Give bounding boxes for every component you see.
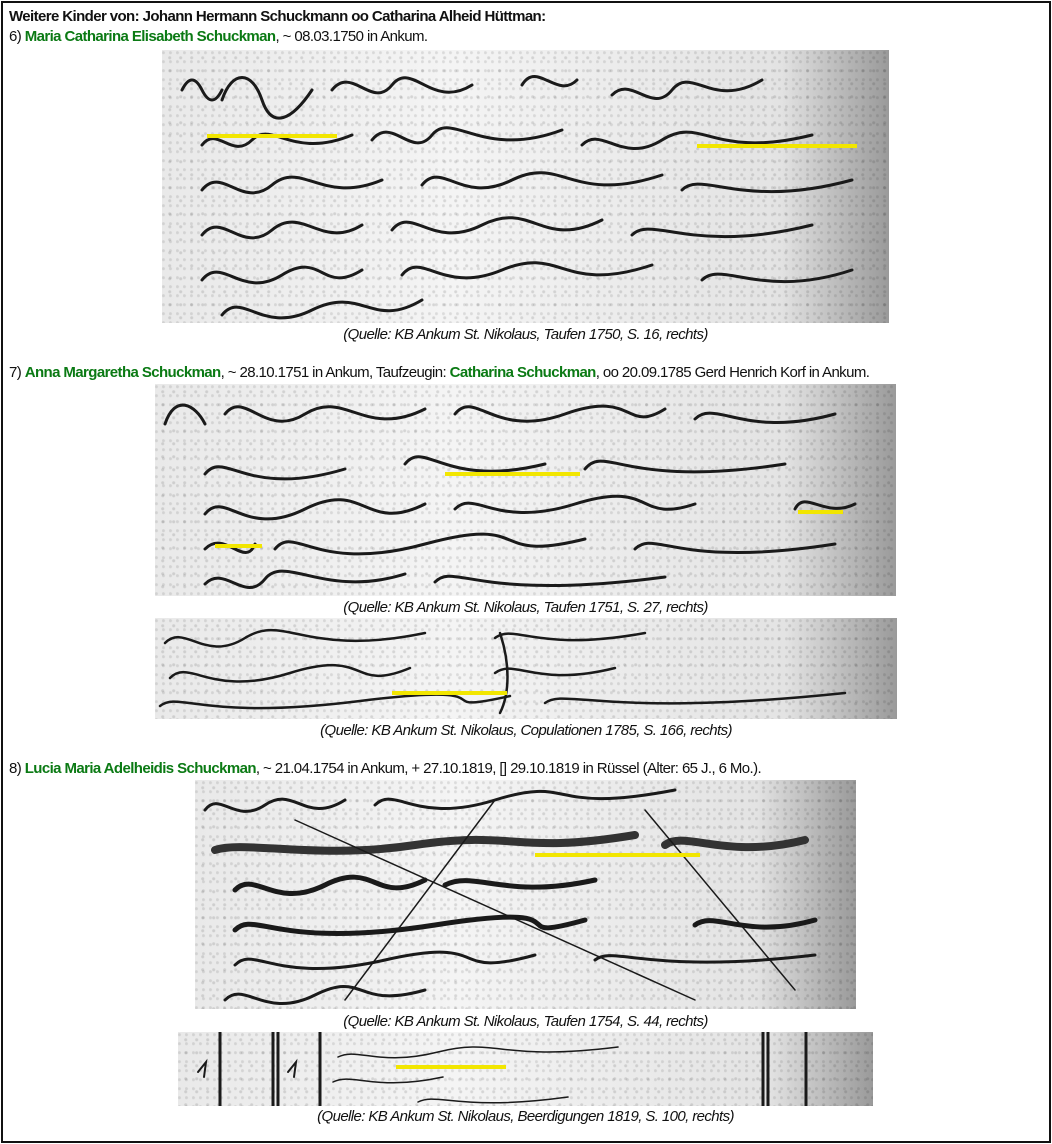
highlight-underline [207,134,337,138]
entry-details: , ~ 21.04.1754 in Ankum, + 27.10.1819, [… [256,760,761,777]
entry-details: , oo 20.09.1785 Gerd Henrich Korf in Ank… [596,364,870,381]
highlight-underline [215,544,262,548]
page-title: Weitere Kinder von: Johann Hermann Schuc… [9,8,546,26]
entry-6-line: 6) Maria Catharina Elisabeth Schuckman, … [9,28,427,46]
entry-details: , ~ 08.03.1750 in Ankum. [275,28,427,45]
witness-name: Catharina Schuckman [450,364,596,381]
entry-8-line: 8) Lucia Maria Adelheidis Schuckman, ~ 2… [9,760,761,778]
image-caption: (Quelle: KB Ankum St. Nikolaus, Beerdigu… [178,1108,873,1126]
scan-image-taufen-1750 [162,50,889,323]
handwriting-graphic [162,50,889,323]
child-name: Maria Catharina Elisabeth Schuckman [25,28,276,45]
highlight-underline [396,1065,506,1069]
handwriting-graphic [195,780,856,1009]
entry-details: , ~ 28.10.1751 in Ankum, Taufzeugin: [221,364,450,381]
entry-number: 8) [9,760,21,777]
image-caption: (Quelle: KB Ankum St. Nikolaus, Copulati… [155,722,897,740]
highlight-underline [798,510,843,514]
entry-number: 6) [9,28,21,45]
handwriting-graphic [155,618,897,719]
image-caption: (Quelle: KB Ankum St. Nikolaus, Taufen 1… [195,1013,856,1031]
scan-image-taufen-1754 [195,780,856,1009]
scan-image-taufen-1751 [155,384,896,596]
highlight-underline [697,144,857,148]
child-name: Lucia Maria Adelheidis Schuckman [25,760,256,777]
handwriting-graphic [155,384,896,596]
scan-image-beerdigungen-1819 [178,1032,873,1106]
image-caption: (Quelle: KB Ankum St. Nikolaus, Taufen 1… [155,599,896,617]
image-caption: (Quelle: KB Ankum St. Nikolaus, Taufen 1… [162,326,889,344]
highlight-underline [392,691,507,695]
scan-image-copulationen-1785 [155,618,897,719]
entry-number: 7) [9,364,21,381]
highlight-underline [445,472,580,476]
child-name: Anna Margaretha Schuckman [25,364,221,381]
highlight-underline [535,853,700,857]
entry-7-line: 7) Anna Margaretha Schuckman, ~ 28.10.17… [9,364,869,382]
handwriting-graphic [178,1032,873,1106]
